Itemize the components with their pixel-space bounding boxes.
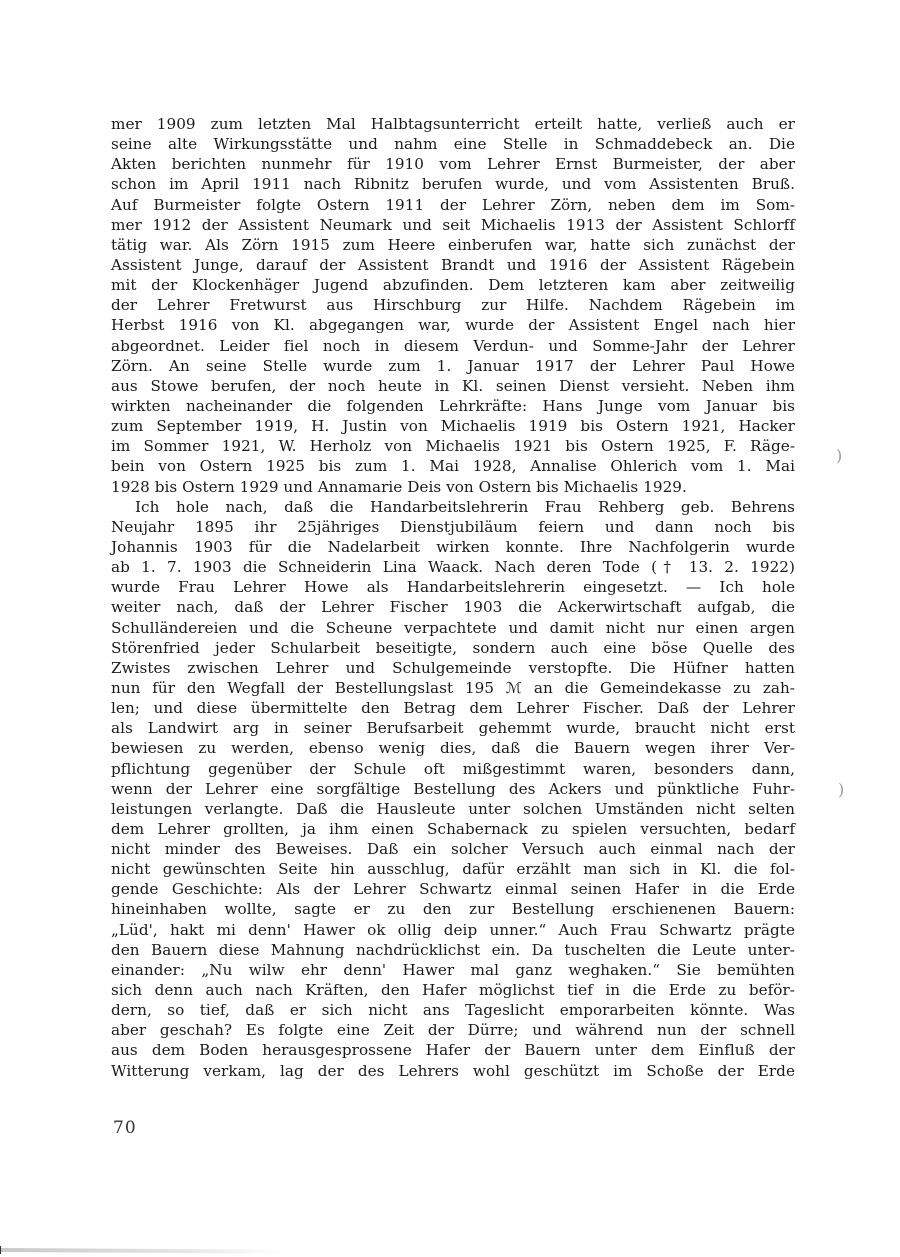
- text-line: „Lüd', hakt mi denn' Hawer ok ollig deip…: [111, 920, 795, 940]
- text-line: dem Lehrer grollten, ja ihm einen Schabe…: [111, 819, 795, 839]
- text-line: Auf Burmeister folgte Ostern 1911 der Le…: [111, 195, 795, 215]
- text-line: Zwistes zwischen Lehrer und Schulgemeind…: [111, 658, 795, 678]
- text-line: Akten berichten nunmehr für 1910 vom Leh…: [111, 154, 795, 174]
- text-line: schon im April 1911 nach Ribnitz berufen…: [111, 174, 795, 194]
- text-line: Schulländereien und die Scheune verpacht…: [111, 618, 795, 638]
- text-line: nicht minder des Beweises. Daß ein solch…: [111, 839, 795, 859]
- text-line: seine alte Wirkungsstätte und nahm eine …: [111, 134, 795, 154]
- text-line: als Landwirt arg in seiner Berufsarbeit …: [111, 718, 795, 738]
- text-line: aber geschah? Es folgte eine Zeit der Dü…: [111, 1020, 795, 1040]
- text-line: Assistent Junge, darauf der Assistent Br…: [111, 255, 795, 275]
- text-line: der Lehrer Fretwurst aus Hirschburg zur …: [111, 295, 795, 315]
- scan-edge-mark: [0, 1246, 1, 1254]
- text-line: Johannis 1903 für die Nadelarbeit wirken…: [111, 537, 795, 557]
- text-line: mer 1912 der Assistent Neumark und seit …: [111, 215, 795, 235]
- text-line: zum September 1919, H. Justin von Michae…: [111, 416, 795, 436]
- text-line: einander: „Nu wilw ehr denn' Hawer mal g…: [111, 960, 795, 980]
- text-line: leistungen verlangte. Daß die Hausleute …: [111, 799, 795, 819]
- text-line: aus dem Boden herausgesprossene Hafer de…: [111, 1040, 795, 1060]
- margin-mark: ): [836, 446, 842, 465]
- page-number: 70: [113, 1118, 137, 1138]
- text-line: len; und diese übermittelte den Betrag d…: [111, 698, 795, 718]
- text-line: Zörn. An seine Stelle wurde zum 1. Janua…: [111, 356, 795, 376]
- text-line: wirkten nacheinander die folgenden Lehrk…: [111, 396, 795, 416]
- text-line: aus Stowe berufen, der noch heute in Kl.…: [111, 376, 795, 396]
- text-line: bewiesen zu werden, ebenso wenig dies, d…: [111, 738, 795, 758]
- text-line: abgeordnet. Leider fiel noch in diesem V…: [111, 336, 795, 356]
- scan-edge-shadow: [0, 1248, 280, 1254]
- text-line: pflichtung gegenüber der Schule oft mißg…: [111, 759, 795, 779]
- text-line: dern, so tief, daß er sich nicht ans Tag…: [111, 1000, 795, 1020]
- text-line: bein von Ostern 1925 bis zum 1. Mai 1928…: [111, 456, 795, 476]
- text-line: den Bauern diese Mahnung nachdrücklichst…: [111, 940, 795, 960]
- text-line: wurde Frau Lehrer Howe als Handarbeitsle…: [111, 577, 795, 597]
- text-line: Ich hole nach, daß die Handarbeitslehrer…: [111, 497, 795, 517]
- scanned-page: mer 1909 zum letzten Mal Halbtagsunterri…: [0, 0, 900, 1257]
- text-line: Witterung verkam, lag der des Lehrers wo…: [111, 1061, 795, 1081]
- text-line: Herbst 1916 von Kl. abgegangen war, wurd…: [111, 315, 795, 335]
- text-line: ab 1. 7. 1903 die Schneiderin Lina Waack…: [111, 557, 795, 577]
- text-line: Neujahr 1895 ihr 25jähriges Dienstjubilä…: [111, 517, 795, 537]
- text-line: gende Geschichte: Als der Lehrer Schwart…: [111, 879, 795, 899]
- text-line: mer 1909 zum letzten Mal Halbtagsunterri…: [111, 114, 795, 134]
- text-line: nun für den Wegfall der Bestellungslast …: [111, 678, 795, 698]
- text-line: im Sommer 1921, W. Herholz von Michaelis…: [111, 436, 795, 456]
- text-line: mit der Klockenhäger Jugend abzufinden. …: [111, 275, 795, 295]
- text-line: 1928 bis Ostern 1929 und Annamarie Deis …: [111, 477, 795, 497]
- text-line: tätig war. Als Zörn 1915 zum Heere einbe…: [111, 235, 795, 255]
- text-line: sich denn auch nach Kräften, den Hafer m…: [111, 980, 795, 1000]
- text-line: hineinhaben wollte, sagte er zu den zur …: [111, 899, 795, 919]
- text-line: Störenfried jeder Schularbeit beseitigte…: [111, 638, 795, 658]
- text-line: wenn der Lehrer eine sorgfältige Bestell…: [111, 779, 795, 799]
- margin-mark: ): [838, 780, 844, 799]
- text-line: weiter nach, daß der Lehrer Fischer 1903…: [111, 597, 795, 617]
- text-line: nicht gewünschten Seite hin ausschlug, d…: [111, 859, 795, 879]
- body-text: mer 1909 zum letzten Mal Halbtagsunterri…: [111, 114, 795, 1081]
